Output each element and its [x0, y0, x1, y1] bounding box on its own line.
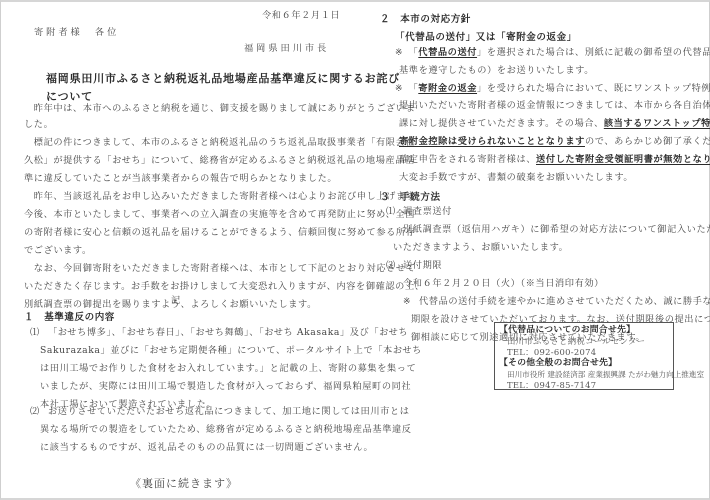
- section1-item2-line3: に該当するものですが、返礼品そのものの品質には一切問題ございません。: [40, 441, 373, 454]
- section3-item1-number: ⑴: [386, 205, 396, 218]
- deadline-note-mark: ※: [403, 295, 411, 308]
- note2-line4: 寄附金控除は受けられないこととなりますので、あらかじめ御了承ください。また、: [399, 135, 710, 148]
- option-refund-term: 寄附金の返金: [418, 83, 477, 94]
- section3-item1-line1: 別紙調査票（返信用ハガキ）に御希望の対応方法について御記入いただき、御返信: [403, 223, 710, 236]
- section3-heading: ３ 手続方法: [380, 189, 441, 203]
- sender: 福岡県田川市長: [244, 42, 329, 55]
- contact-heading-replacement: 【代替品についてのお問合せ先】: [499, 325, 669, 336]
- section3-item2-number: ⑵: [386, 259, 396, 272]
- paragraph-1-line2: した。: [24, 118, 53, 131]
- section3-item1-line2: いただきますよう、お願いいたします。: [393, 241, 568, 254]
- paragraph-2-line3: 準に違反していたことが当該事業者からの報告で明らかとなりました。: [24, 172, 337, 185]
- document-title-line1: 福岡県田川市ふるさと納税返礼品地場産品基準違反に関するお詫び: [46, 70, 400, 86]
- ki-marker: 記: [171, 294, 181, 307]
- section2-options: 「代替品の送付」又は「寄附金の返金」: [395, 29, 577, 43]
- note2-line5: 確定申告をされる寄附者様は、送付した寄附金受領証明書が無効となりますので、: [399, 153, 710, 166]
- note1-line1: ※ 「代替品の送付」を選択された場合は、別紙に記載の御希望の代替品（地場産品: [395, 46, 710, 59]
- note2-line6: 大変お手数ですが、書類の破棄をお願いいたします。: [399, 171, 633, 184]
- contact-heading-general: 【その他全般のお問合せ先】: [499, 358, 669, 369]
- warning-underlined-2: 寄附金控除は受けられないこととなります: [399, 136, 585, 147]
- section2-heading: ２ 本市の対応方針: [380, 11, 471, 25]
- section1-heading: １ 基準違反の内容: [24, 309, 115, 323]
- note2-line2: 提出いただいた寄附者様の返金情報につきましては、本市から各自治体の税務担当: [399, 99, 710, 112]
- contact-tel-cityhall[interactable]: TEL：0947-85-7147: [499, 380, 669, 391]
- date: 令和６年２月１日: [262, 9, 340, 22]
- contact-org-callcenter: 田川市ふるさと納税コールセンター: [499, 336, 669, 347]
- deadline: 令和６年２月２０日（火）（※当日消印有効）: [403, 277, 604, 290]
- section3-item2-title: 送付期限: [403, 259, 442, 272]
- contact-org-cityhall: 田川市役所 建設経済部 産業振興課 たがわ魅力向上推進室: [499, 369, 669, 380]
- option-replacement-term: 代替品の送付: [418, 47, 477, 58]
- continued-on-back: 《裏面に続きます》: [130, 475, 238, 491]
- contact-tel-callcenter[interactable]: TEL：092-600-2074: [499, 347, 669, 358]
- note1-line2: 基準を遵守したもの）をお送りいたします。: [399, 64, 594, 77]
- note2-line3: 課に対し提供させていただきます。その場合、該当するワンストップ特例申請分の: [399, 117, 710, 130]
- section1-item1-number: ⑴: [30, 326, 40, 339]
- addressee: 寄附者様 各位: [34, 26, 119, 39]
- warning-underlined-3: 送付した寄附金受領証明書が無効となります: [536, 154, 710, 165]
- deadline-note-line1: 代替品の送付手続を速やかに進めさせていただくため、誠に勝手ながら、送付: [419, 295, 710, 308]
- note2-line1: ※ 「寄附金の返金」を受けられた場合において、既にワンストップ特例申請書を御: [395, 82, 710, 95]
- section1-item2-number: ⑵: [30, 405, 40, 418]
- left-page: 令和６年２月１日 寄附者様 各位 福岡県田川市長 福岡県田川市ふるさと納税返礼品…: [0, 0, 355, 500]
- section3-item1-title: 調査票送付: [403, 205, 452, 218]
- right-page: ２ 本市の対応方針 「代替品の送付」又は「寄附金の返金」 ※ 「代替品の送付」を…: [355, 0, 710, 500]
- paragraph-3-line4: でございます。: [24, 244, 92, 257]
- warning-underlined-1: 該当するワンストップ特例申請分の: [604, 118, 710, 129]
- contact-info-box: 【代替品についてのお問合せ先】 田川市ふるさと納税コールセンター TEL：092…: [494, 322, 674, 390]
